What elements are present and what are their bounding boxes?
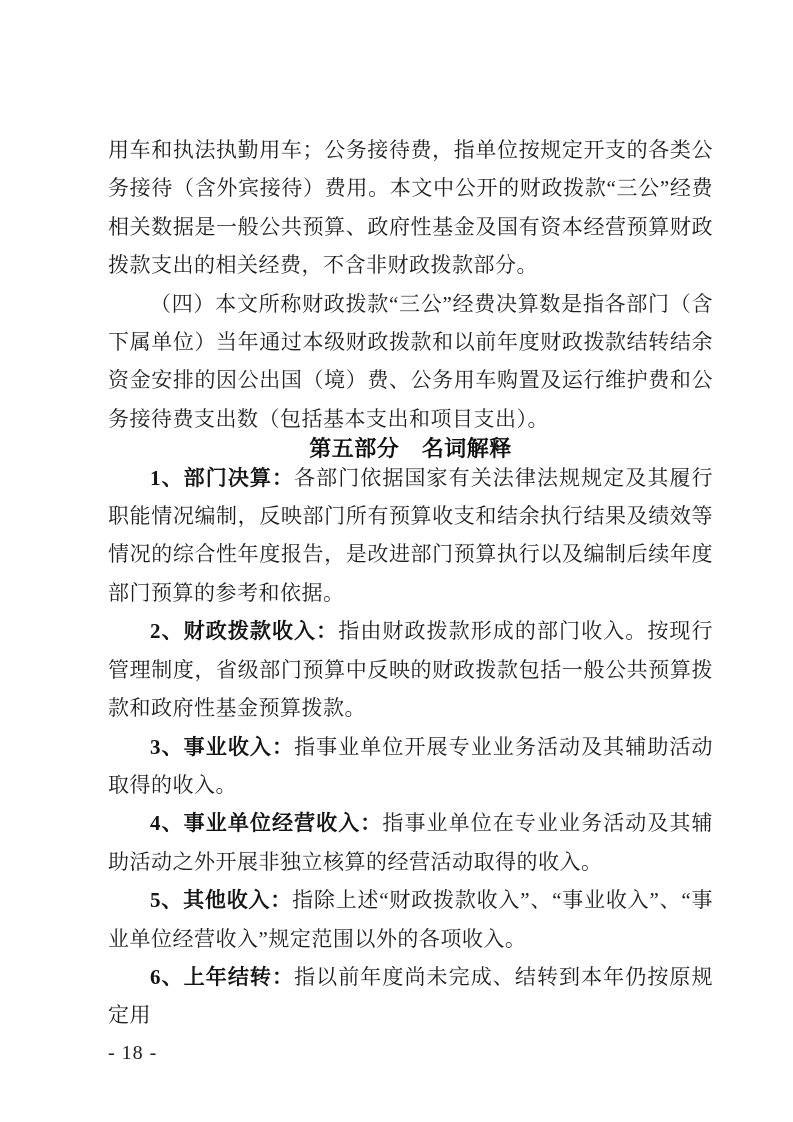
page-number: - 18 - (108, 1040, 157, 1066)
definition-term-carryover-from-previous-year: 6、上年结转： (150, 965, 294, 989)
definition-item-5: 5、其他收入：指除上述“财政拨款收入”、“事业收入”、“事业单位经营收入”规定范… (108, 881, 713, 958)
definition-term-other-income: 5、其他收入： (150, 888, 292, 912)
definition-item-3: 3、事业收入：指事业单位开展专业业务活动及其辅助活动取得的收入。 (108, 728, 713, 805)
definition-term-institution-income: 3、事业收入： (150, 735, 294, 759)
definition-term-institution-operating-income: 4、事业单位经营收入： (150, 811, 382, 835)
paragraph-note-four: （四）本文所称财政拨款“三公”经费决算数是指各部门（含下属单位）当年通过本级财政… (108, 285, 713, 439)
document-page: 用车和执法执勤用车；公务接待费，指单位按规定开支的各类公务接待（含外宾接待）费用… (0, 0, 793, 1122)
definition-item-2: 2、财政拨款收入：指由财政拨款形成的部门收入。按现行管理制度，省级部门预算中反映… (108, 612, 713, 727)
definition-item-1: 1、部门决算：各部门依据国家有关法律法规规定及其履行职能情况编制，反映部门所有预… (108, 459, 713, 613)
definition-term-department-final-accounts: 1、部门决算： (150, 466, 294, 490)
definition-term-fiscal-appropriation-income: 2、财政拨款收入： (150, 619, 338, 643)
definition-item-6: 6、上年结转：指以前年度尚未完成、结转到本年仍按原规定用 (108, 958, 713, 1035)
document-content: 用车和执法执勤用车；公务接待费，指单位按规定开支的各类公务接待（含外宾接待）费用… (108, 131, 713, 1035)
paragraph-three-public-expenses-continuation: 用车和执法执勤用车；公务接待费，指单位按规定开支的各类公务接待（含外宾接待）费用… (108, 131, 713, 285)
definition-item-4: 4、事业单位经营收入：指事业单位在专业业务活动及其辅助活动之外开展非独立核算的经… (108, 804, 713, 881)
